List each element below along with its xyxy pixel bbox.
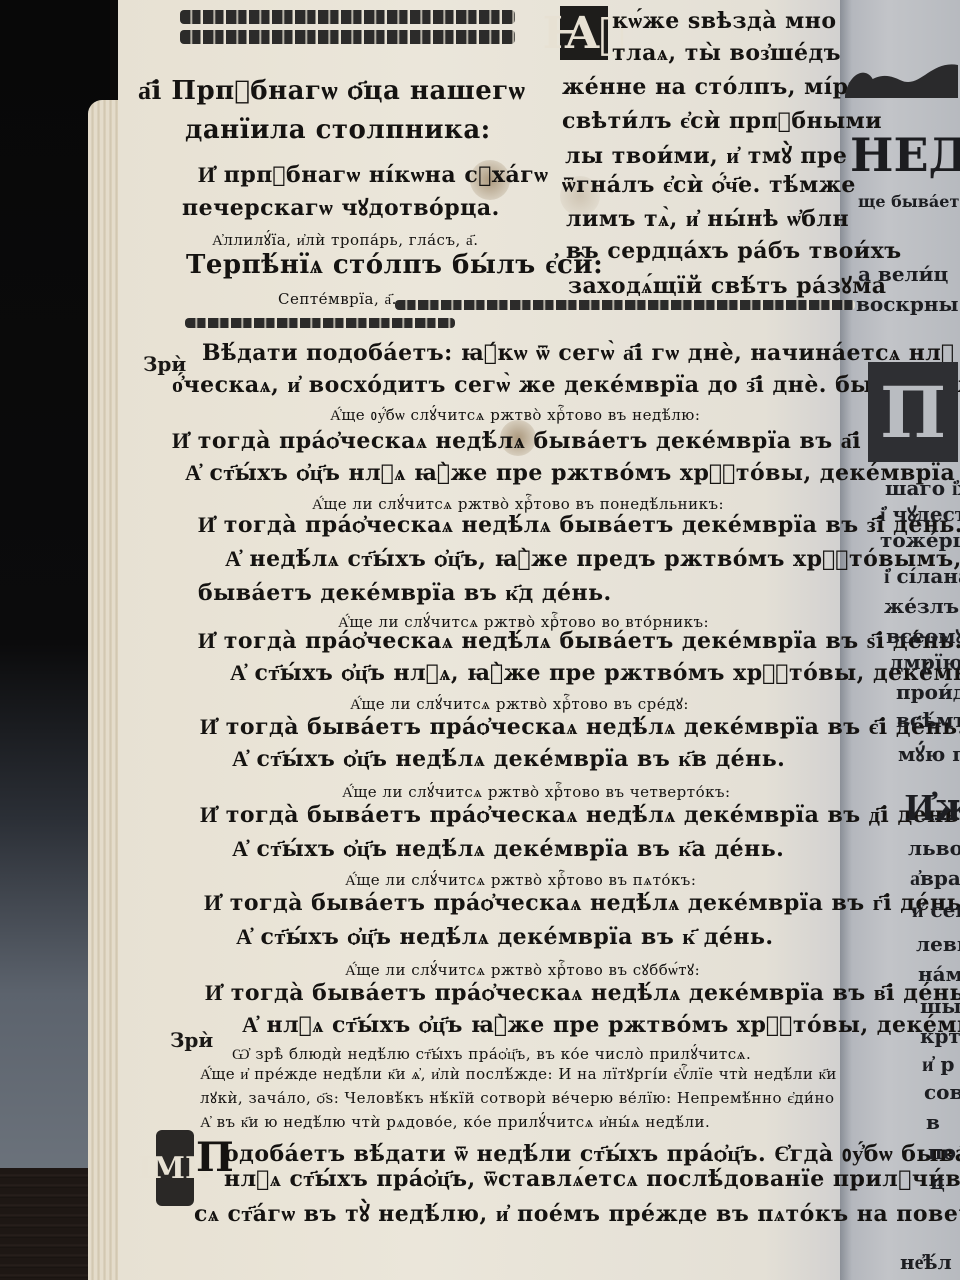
right-fragment: а вели́ц [858,262,948,286]
dropcap-ia: Ꙗ҆ [560,6,608,60]
main-line-18: А҆ ст҃ы́хъ ѻ҆ц҃ъ недѣ́лѧ деке́мврїа въ к… [232,836,784,862]
main-line-4: И҆ тогда̀ пра́ѻ҆ческаѧ недѣ́лѧ быва́етъ … [172,428,939,454]
separator-ornament-2 [185,318,455,328]
kontakion-line-2: тлаѧ, ты̀ воз҆ше́дъ [612,40,841,66]
main-line-17: И҆ тогда̀ быва́етъ пра́ѻ҆ческаѧ недѣ́лѧ … [200,802,960,828]
right-fragment: тоже́ршивш [880,528,960,552]
right-fragment: и҆ р [922,1052,954,1077]
kontakion-line-7: лимъ тѧ̀, и҆ ны́нѣ ѡ҆блн [566,206,849,232]
main-line-11: И҆ тогда̀ пра́ѻ҆ческаѧ недѣ́лѧ быва́етъ … [198,628,960,654]
right-fragment: ще быва́ет [858,192,959,211]
main-line-5: А҆ ст҃ы́хъ ѻ҆ц҃ъ нлⷣѧ ꙗ҆̀же пре ржтво́мъ… [185,460,960,486]
margin-note-zri-2: Зрѝ [170,1028,213,1052]
kontakion-line-4: свѣти́лъ є҆сѝ прпⷣбными [562,108,882,134]
right-fragment: ц [930,1170,945,1194]
september-line: Септе́мврїа, а҃. [278,290,397,309]
alleluia-line: А҆ллилꙋ́їа, и҆лѝ тропа́рь, гла́съ, а҃. [212,230,478,250]
main-line-23: И҆ тогда̀ быва́етъ пра́ѻ҆ческаѧ недѣ́лѧ … [205,980,960,1006]
right-fragment: дмрїю [890,650,960,674]
right-fragment: шаго і҆хъ [885,476,960,501]
main-line-24: А҆ нлⷣѧ ст҃ы́хъ ѻ҆ц҃ъ ꙗ҆̀же пре ржтво́мъ… [242,1012,960,1038]
main-line-15: А҆ ст҃ы́хъ ѻ҆ц҃ъ недѣ́лѧ деке́мврїа въ к… [232,746,785,772]
feast-title-line-4: печерскагѡ чꙋдотво́рца. [182,192,500,222]
main-line-8: А҆ недѣ́лѧ ст҃ы́хъ ѻ҆ц҃ъ, ꙗ҆̀же предъ рж… [225,546,960,572]
note-line-4: А҆ въ к҃и ю недѣ́лю чтѝ рѧдово́е, ко́е п… [200,1112,710,1132]
floral-headpiece-ornament [840,40,960,104]
kontakion-line-6: ѿгна́лъ є҆сѝ ѻ҆́ч҃е. тѣ́мже [562,172,856,198]
note-line-3: лꙋкѝ, зача́ло, ѻ҃ѕ: Человѣ́къ нѣ́кїй сот… [200,1088,835,1108]
main-line-12: А҆ ст҃ы́хъ ѻ҆ц҃ъ нлⷣѧ, ꙗ҆̀же пре ржтво́м… [230,660,960,686]
feast-title-line-3: И҆ прпⷣбнагѡ ні́кѡна сꙋха́гѡ [198,162,548,188]
right-fragment: льво [908,836,960,860]
right-fragment: крт [920,1024,960,1048]
right-fragment: И҆ж [905,784,960,830]
right-fragment: всѣ́мъ [896,708,960,732]
main-line-7: И҆ тогда̀ пра́ѻ҆ческаѧ недѣ́лѧ быва́етъ … [198,512,960,538]
printer-mark-ornament: ІМК [156,1130,194,1206]
kontakion-line-8: въ сердца́хъ ра́бъ твои́хъ [566,238,902,264]
main-line-21: А҆ ст҃ы́хъ ѻ҆ц҃ъ недѣ́лѧ деке́мврїа въ к… [236,924,774,950]
kontakion-line-9: заходѧ́щїй свѣ́тъ ра́зꙋма [568,270,887,300]
right-page-dropcap: П [868,362,958,462]
right-fragment: і҆ сі́лана, [884,564,960,589]
bottom-line-2: нлⷣѧ ст҃ы́хъ пра́ѻ҆ц҃ъ, ѿставлѧ́етсѧ пос… [224,1166,960,1192]
separator-ornament-1 [395,300,855,310]
main-line-22: А҆́ще ли слꙋ́читсѧ ржтво̀ хрⷭ҇тово въ сꙋ… [345,960,700,980]
note-line-2: А҆́ще и҆ пре́жде недѣ́ли к҃и ѧ҆, и҆лѝ по… [200,1064,837,1084]
note-line-1: Ѡ҆ зрѣ̀ блюдѝ недѣ́лю ст҃ы́хъ пра́ѻ҆ц҃ъ,… [232,1044,751,1064]
right-fragment: же́злъ [884,594,959,618]
ornament-band-top [180,10,515,24]
main-line-14: И҆ тогда̀ быва́етъ пра́ѻ҆ческаѧ недѣ́лѧ … [200,714,960,740]
kontakion-line-5: лы твои́ми, и҆ тмꙋ̀ пре [565,140,847,170]
bottom-line-3: сѧ ст҃а́гѡ въ тꙋ̀ недѣ́лю, и҆ пое́мъ пре… [194,1198,960,1228]
main-line-19: А҆́ще ли слꙋ́читсѧ ржтво̀ хрⷭ҇тово въ пѧ… [345,870,696,890]
right-fragment: сов [924,1080,960,1104]
main-line-1: Вѣ́дати подоба́етъ: ꙗ҆́кѡ ѿ сегѡ̀ а҃і гѡ… [202,340,955,366]
right-fragment: мꙋ́ю п [898,740,960,767]
right-fragment: і҆ чꙋдесъ [880,500,960,527]
right-page-heading: НЕД [850,128,960,182]
kontakion-line-1: кѡ́же ѕвѣзда̀ мно [612,8,837,34]
right-fragment: в [926,1110,940,1134]
main-line-16: А҆́ще ли слꙋ́читсѧ ржтво̀ хрⷭ҇тово въ че… [342,782,731,802]
right-fragment: прои́де [896,680,960,704]
right-fragment: на́м [918,962,960,986]
right-fragment: левы [916,932,960,956]
right-fragment: по [928,1140,956,1164]
main-line-3: А҆́ще ᲂу҆́бѡ слꙋ́читсѧ ржтво̀ хрⷭ҇тово в… [330,405,700,425]
main-line-6: А҆́ще ли слꙋ́читсѧ ржтво̀ хрⷭ҇тово въ по… [312,494,724,514]
main-line-20: И҆ тогда̀ быва́етъ пра́ѻ҆ческаѧ недѣ́лѧ … [204,890,960,916]
kontakion-line-3: же́нне на сто́лпъ, мі́ръ [562,74,866,100]
bottom-line-1: одоба́етъ вѣ́дати ѿ недѣ́ли ст҃ы́хъ пра́… [224,1138,960,1168]
main-line-2: о҆́ческаѧ, и҆ восхо́дитъ сегѡ̀ же деке́м… [172,372,960,398]
troparion-line: Терпѣ́нїѧ сто́лпъ бы́лъ є҆сѝ: [186,250,603,280]
ornament-band-top-2 [180,30,515,44]
right-fragment: а҆вра [910,866,960,891]
right-fragment: воскрны: [856,292,960,316]
main-line-9: быва́етъ деке́мврїа въ к҃д де́нь. [198,580,612,606]
right-fragment: шыл [920,994,960,1018]
main-line-13: А҆́ще ли слꙋ́читсѧ ржтво̀ хрⷭ҇тово въ ср… [350,694,689,714]
feast-title-line-1: а҃і Прпⷣбнагѡ ѻ҃ца нашегѡ [138,76,525,106]
feast-title-line-2: данїила столпника: [185,115,491,145]
right-fragment: всеомꙋ [886,622,960,649]
right-fragment: и҆ сег [912,898,960,923]
right-fragment: не҆ѣ́л [900,1250,952,1275]
